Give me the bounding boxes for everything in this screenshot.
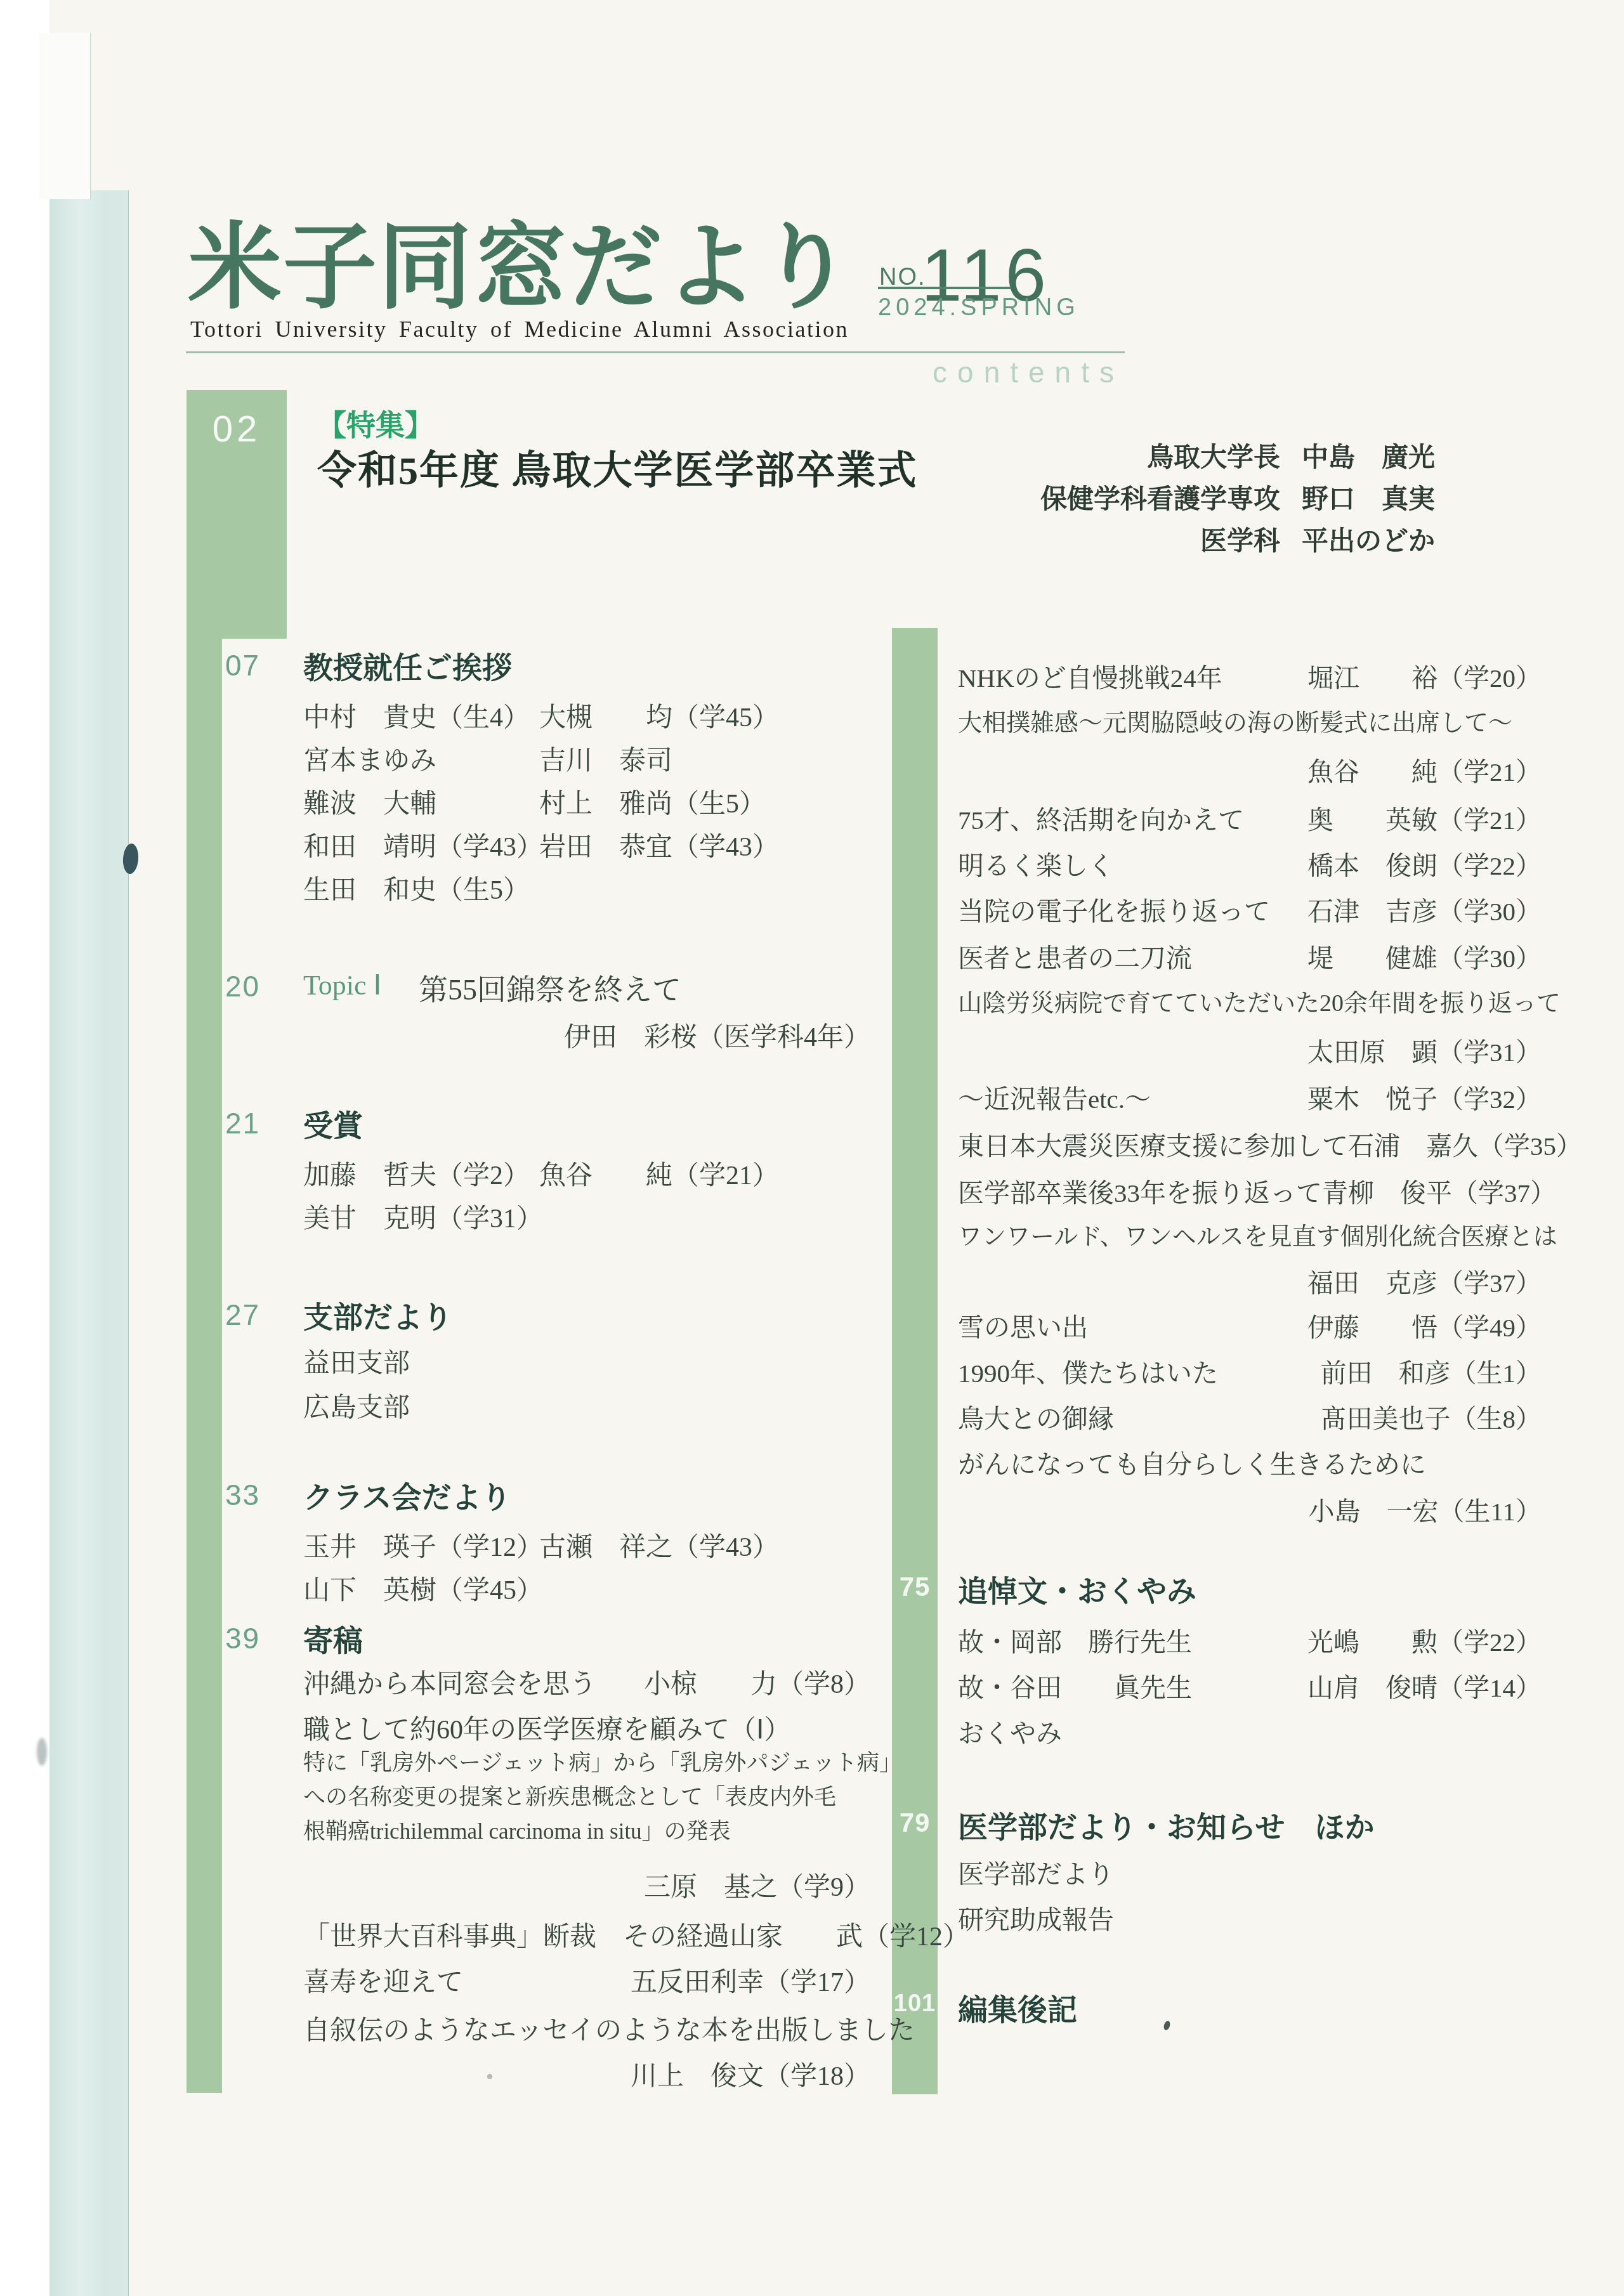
article-author: 青柳 俊平（学37） (1322, 1172, 1556, 1210)
article-title: 鳥大との御縁 (958, 1398, 1114, 1435)
article-title: 当院の電子化を振り返って (958, 890, 1270, 928)
toc-row: 医者と患者の二刀流 堤 健雄（学30） (958, 937, 1542, 975)
section-heading: 教授就任ご挨拶 (303, 644, 512, 687)
toc-row: 75才、終活期を向かえて 奥 英敏（学21） (958, 799, 1542, 837)
article-author: 五反田利幸（学17） (631, 1961, 870, 1999)
toc-row: 中村 貴史（生4） 大槻 均（学45） (303, 696, 874, 734)
name-cell: 岩田 恭宜（学43） (539, 826, 779, 864)
article-author: 石津 吉彦（学30） (1307, 890, 1542, 928)
article-title: 「世界大百科事典」断裁 その経過 (303, 1915, 730, 1954)
article-title: 医学部卒業後33年を振り返って (958, 1172, 1322, 1210)
article-title: 根鞘癌trichilemmal carcinoma in situ」の発表 (303, 1814, 731, 1846)
name-cell: 生田 和史（生5） (303, 869, 539, 907)
article-author: 橋本 俊朗（学22） (1307, 845, 1542, 882)
section-number: 27 (225, 1298, 260, 1332)
header-divider-rule (186, 351, 1125, 353)
section-number: 39 (225, 1621, 260, 1655)
article-title: 沖縄から本同窓会を思う (303, 1663, 596, 1701)
article-title: ～近況報告etc.～ (958, 1078, 1151, 1116)
article-author: 光嶋 勲（学22） (1307, 1621, 1542, 1659)
article-author: 太田原 顕（学31） (958, 1031, 1542, 1069)
toc-row: 玉井 瑛子（学12） 古瀬 祥之（学43） (303, 1526, 874, 1564)
article-title: 故・岡部 勝行先生 (958, 1621, 1192, 1659)
booklet-edge-strip (49, 190, 129, 2296)
article-author: 福田 克彦（学37） (958, 1262, 1542, 1300)
name-cell: 大槻 均（学45） (539, 696, 779, 734)
author-name: 中島 廣光 (1302, 436, 1435, 478)
contents-label: contents (869, 355, 1124, 389)
ink-speck (1163, 2020, 1171, 2031)
toc-row: 生田 和史（生5） (303, 869, 874, 907)
toc-row: 沖縄から本同窓会を思う 小椋 力（学8） (303, 1663, 870, 1701)
topic-label: Topic Ⅰ (303, 969, 382, 1001)
toc-row: 鳥大との御縁 髙田美也子（生8） (958, 1398, 1542, 1435)
toc-row: 故・岡部 勝行先生 光嶋 勲（学22） (958, 1621, 1542, 1659)
toc-row: 研究助成報告 (958, 1899, 1114, 1936)
section-heading: クラス会だより (303, 1474, 511, 1517)
article-title: 明るく楽しく (958, 845, 1114, 882)
topic-author: 伊田 彩桜（医学科4年） (303, 1016, 870, 1054)
article-author: 山肩 俊晴（学14） (1307, 1667, 1542, 1704)
article-title: 山陰労災病院で育てていただいた20余年間を振り返って (958, 983, 1561, 1018)
section-number: 33 (225, 1478, 260, 1512)
name-cell: 玉井 瑛子（学12） (303, 1526, 539, 1564)
page-title: 米子同窓だより (188, 221, 854, 315)
article-title: 喜寿を迎えて (303, 1961, 463, 1999)
name-cell: 村上 雅尚（生5） (539, 783, 766, 821)
booklet-edge-top-band (39, 33, 91, 199)
topic-title: 第55回錦祭を終えて (419, 967, 681, 1008)
toc-row: 医学部だより (958, 1853, 1114, 1891)
feature-tag: 【特集】 (317, 402, 434, 444)
author-role: 鳥取大学長 (1028, 436, 1280, 478)
article-title: 東日本大震災医療支援に参加して (958, 1125, 1348, 1163)
toc-row: 当院の電子化を振り返って 石津 吉彦（学30） (958, 890, 1542, 928)
article-author: 髙田美也子（生8） (1321, 1398, 1542, 1435)
toc-row: おくやみ (958, 1712, 1062, 1750)
article-title: 大相撲雑感～元関脇隠岐の海の断髪式に出席して～ (958, 703, 1512, 738)
name-cell: 加藤 哲夫（学2） (303, 1154, 539, 1192)
name-cell: 魚谷 純（学21） (539, 1154, 779, 1192)
name-cell: 難波 大輔 (303, 783, 539, 821)
feature-title: 令和5年度 鳥取大学医学部卒業式 (317, 439, 918, 495)
article-author: 山家 武（学12） (730, 1915, 969, 1954)
article-author: 小島 一宏（生11） (958, 1490, 1542, 1528)
article-title: 特に「乳房外ページェット病」から「乳房外パジェット病」 (303, 1745, 901, 1777)
toc-row: 山下 英樹（学45） (303, 1569, 874, 1607)
name-cell: 古瀬 祥之（学43） (539, 1526, 779, 1564)
toc-row: 東日本大震災医療支援に参加して 石浦 嘉久（学35） (958, 1125, 1542, 1163)
subtitle-english: Tottori University Faculty of Medicine A… (190, 316, 849, 342)
section-number: 101 (892, 1990, 938, 2018)
article-title: 自叙伝のようなエッセイのような本を出版しました (303, 2009, 915, 2047)
article-author: 奥 英敏（学21） (1307, 799, 1542, 837)
article-author: 石浦 嘉久（学35） (1348, 1125, 1582, 1163)
name-cell: 山下 英樹（学45） (303, 1569, 539, 1607)
feature-authors: 鳥取大学長 中島 廣光 保健学科看護学専攻 野口 真実 医学科 平出のどか (1028, 436, 1483, 562)
article-title: 故・谷田 眞先生 (958, 1667, 1192, 1704)
feature-author-row: 鳥取大学長 中島 廣光 (1028, 436, 1483, 478)
toc-row: 益田支部 (303, 1342, 410, 1380)
toc-row: 医学部卒業後33年を振り返って 青柳 俊平（学37） (958, 1172, 1542, 1210)
article-author: 三原 基之（学9） (303, 1866, 870, 1904)
article-title: 75才、終活期を向かえて (958, 799, 1244, 837)
issue-number-underline (878, 287, 1011, 289)
toc-row: 雪の思い出 伊藤 悟（学49） (958, 1307, 1542, 1344)
section-number: 75 (892, 1572, 938, 1602)
article-title: NHKのど自慢挑戦24年 (958, 657, 1222, 695)
toc-row: 広島支部 (303, 1386, 410, 1425)
section-heading: 編集後記 (958, 1986, 1077, 2029)
name-cell: 中村 貴史（生4） (303, 696, 539, 734)
section-number: 07 (225, 648, 260, 682)
toc-row: 美甘 克明（学31） (303, 1197, 874, 1236)
section-heading: 受賞 (303, 1102, 363, 1145)
feature-author-row: 医学科 平出のどか (1028, 520, 1483, 562)
magazine-contents-page: 米子同窓だより NO. 116 2024.SPRING Tottori Univ… (0, 0, 1624, 2296)
name-cell: 吉川 泰司 (539, 740, 672, 778)
toc-row: ～近況報告etc.～ 粟木 悦子（学32） (958, 1078, 1542, 1116)
article-title: 医者と患者の二刀流 (958, 937, 1192, 975)
toc-row: 1990年、僕たちはいた 前田 和彦（生1） (958, 1352, 1542, 1390)
article-author: 伊藤 悟（学49） (1307, 1307, 1542, 1344)
toc-row: 故・谷田 眞先生 山肩 俊晴（学14） (958, 1667, 1542, 1704)
article-title: 1990年、僕たちはいた (958, 1352, 1218, 1390)
toc-row: 難波 大輔 村上 雅尚（生5） (303, 783, 874, 821)
toc-row: 加藤 哲夫（学2） 魚谷 純（学21） (303, 1154, 874, 1192)
section-heading: 寄稿 (303, 1617, 363, 1660)
article-title: がんになっても自分らしく生きるために (958, 1444, 1426, 1481)
toc-row: 喜寿を迎えて 五反田利幸（学17） (303, 1961, 870, 1999)
article-author: 魚谷 純（学21） (958, 751, 1542, 788)
name-cell: 宮本まゆみ (303, 740, 539, 778)
name-cell: 和田 靖明（学43） (303, 826, 539, 864)
issue-date: 2024.SPRING (878, 294, 1080, 322)
right-column-green-strip (892, 628, 938, 2094)
feature-page-number-block: 02 (187, 390, 287, 639)
section-heading: 支部だより (303, 1294, 452, 1336)
author-role: 保健学科看護学専攻 (1028, 478, 1280, 520)
author-role: 医学科 (1028, 520, 1280, 562)
article-title: 雪の思い出 (958, 1307, 1088, 1344)
name-cell: 美甘 克明（学31） (303, 1197, 539, 1236)
ink-smudge-artifact (37, 1738, 47, 1766)
feature-page-number: 02 (187, 390, 287, 450)
article-author: 前田 和彦（生1） (1321, 1352, 1542, 1390)
toc-row: 和田 靖明（学43） 岩田 恭宜（学43） (303, 826, 874, 864)
section-number: 79 (892, 1808, 938, 1838)
scanner-white-margin (0, 0, 49, 2296)
author-name: 野口 真実 (1302, 478, 1435, 520)
toc-row: NHKのど自慢挑戦24年 堀江 裕（学20） (958, 657, 1542, 695)
left-column-green-strip (187, 637, 222, 2093)
article-title: ワンワールド、ワンヘルスを見直す個別化統合医療とは (958, 1216, 1557, 1251)
article-title: 職として約60年の医学医療を顧みて（Ⅰ） (303, 1709, 790, 1747)
article-author: 小椋 力（学8） (644, 1663, 870, 1701)
toc-row: 宮本まゆみ 吉川 泰司 (303, 740, 874, 778)
toc-row: 明るく楽しく 橋本 俊朗（学22） (958, 845, 1542, 882)
section-heading: 医学部だより・お知らせ ほか (958, 1804, 1375, 1846)
toc-row: 「世界大百科事典」断裁 その経過 山家 武（学12） (303, 1915, 870, 1954)
article-author: 粟木 悦子（学32） (1307, 1078, 1542, 1116)
article-author: 堤 健雄（学30） (1307, 937, 1542, 975)
section-number: 21 (225, 1106, 260, 1140)
author-name: 平出のどか (1302, 520, 1435, 562)
section-heading: 追悼文・おくやみ (958, 1568, 1196, 1610)
feature-author-row: 保健学科看護学専攻 野口 真実 (1028, 478, 1483, 520)
article-author: 川上 俊文（学18） (303, 2055, 870, 2093)
section-number: 20 (225, 969, 260, 1003)
article-author: 堀江 裕（学20） (1307, 657, 1542, 695)
article-title: への名称変更の提案と新疾患概念として「表皮内外毛 (303, 1780, 836, 1811)
